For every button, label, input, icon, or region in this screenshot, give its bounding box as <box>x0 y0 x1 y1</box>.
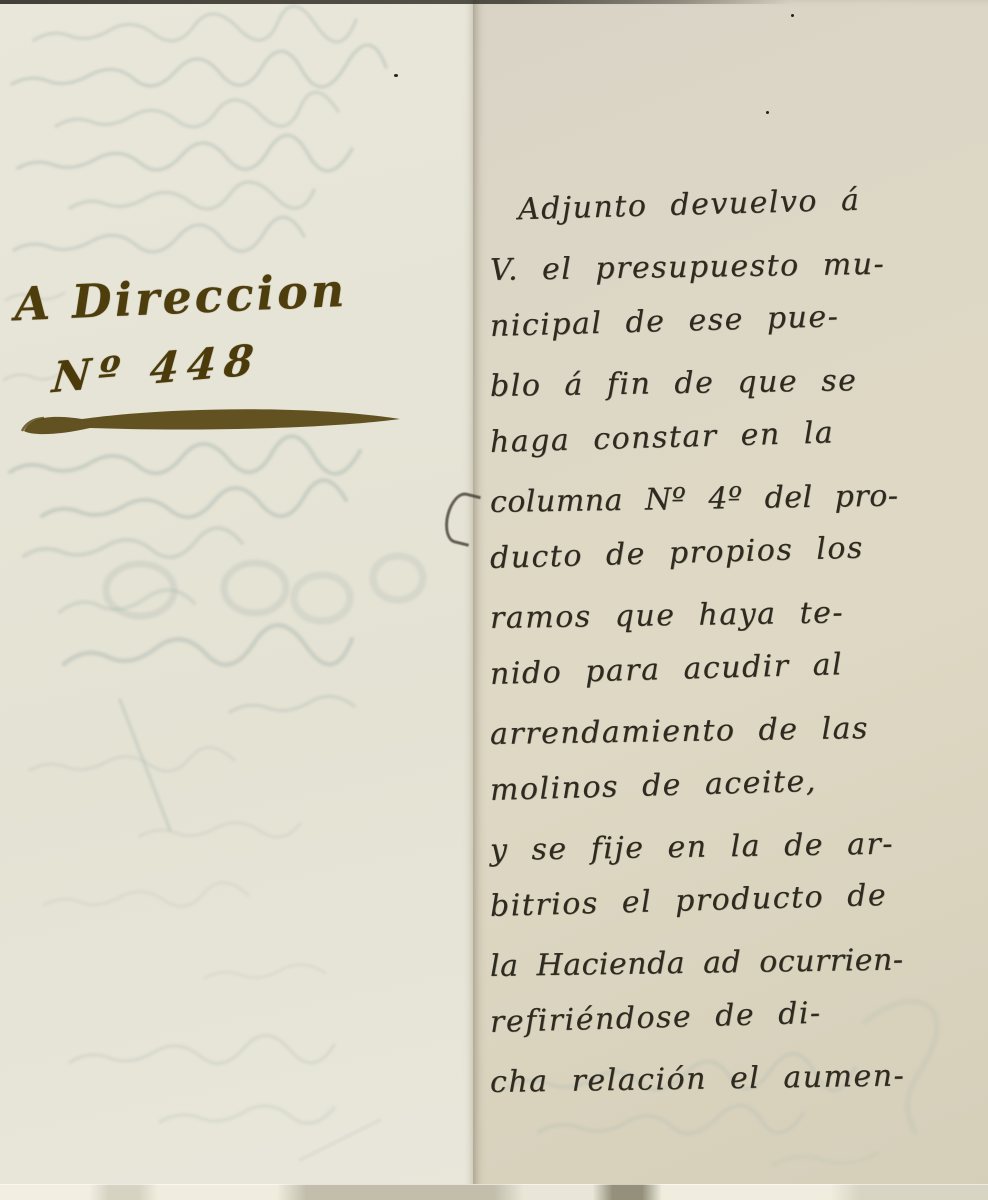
letter-body: Adjunto devuelvo á V. el presupuesto mu-… <box>490 182 988 1110</box>
docket-heading: A Direccion <box>13 259 445 332</box>
left-page: A Direccion Nº 448 <box>0 0 473 1200</box>
bleedthrough-writing <box>0 0 473 1200</box>
ink-swash-underline <box>18 404 413 444</box>
scan-edge-top <box>0 0 988 4</box>
docket-number: Nº 448 <box>50 335 263 403</box>
scanned-letter: A Direccion Nº 448 Adjunto devuelvo á V.… <box>0 0 988 1200</box>
scanner-strip-bottom <box>0 1184 988 1200</box>
handwritten-line: cha relación el aumen- <box>490 1046 988 1112</box>
ink-speck <box>791 14 794 17</box>
ink-speck <box>766 111 769 114</box>
ink-speck <box>394 74 398 77</box>
